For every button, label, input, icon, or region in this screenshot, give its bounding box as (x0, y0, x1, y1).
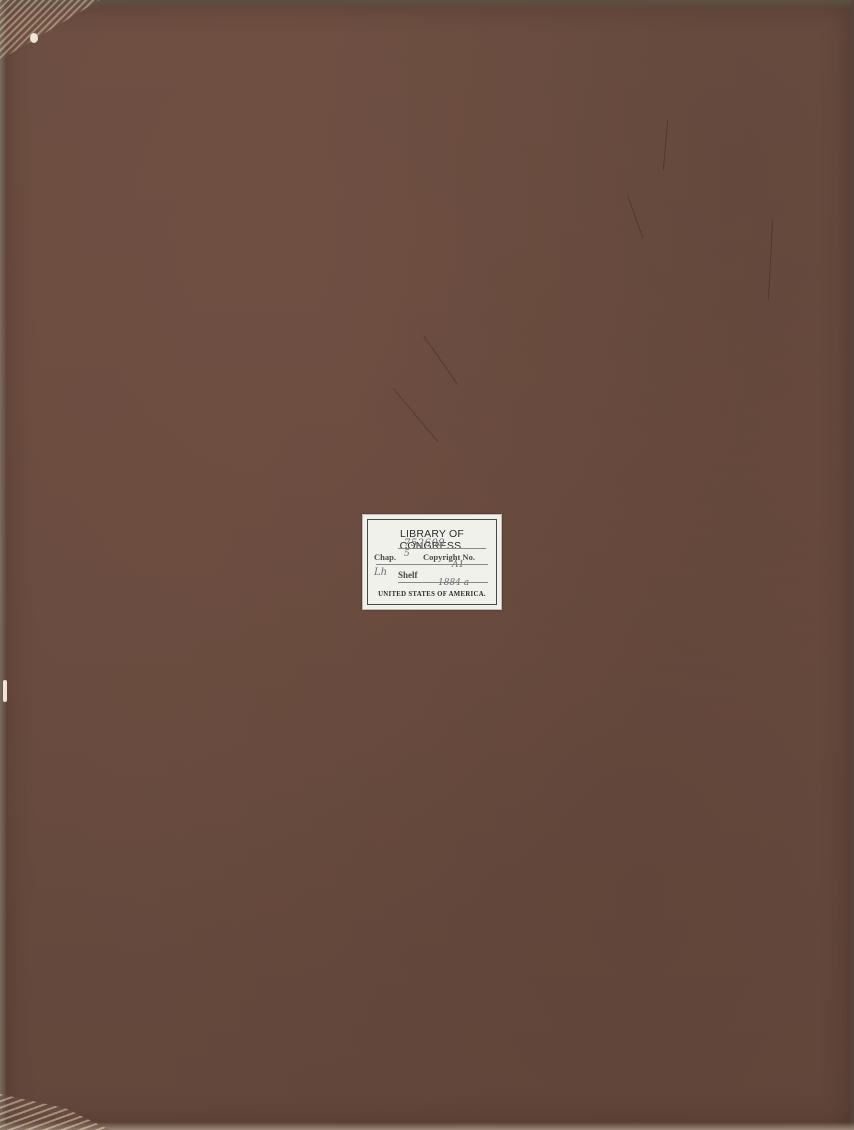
scratch-mark (423, 335, 458, 385)
scratch-mark (393, 388, 439, 442)
cover-top-edge (0, 0, 854, 10)
cover-bottom-edge (0, 1122, 854, 1130)
scratch-mark (663, 120, 668, 170)
scratch-mark (627, 196, 643, 239)
worn-spot (30, 33, 38, 43)
label-copyright-no: Copyright No. (423, 552, 475, 562)
cover-left-edge (0, 0, 6, 1130)
worn-corner-bottom-left (0, 1094, 110, 1130)
worn-corner-top-left (0, 0, 100, 60)
label-border: LIBRARY OF CONGRESS. Chap. Copyright No.… (367, 519, 497, 605)
book-cover: LIBRARY OF CONGRESS. Chap. Copyright No.… (0, 0, 854, 1130)
label-footer: UNITED STATES OF AMERICA. (368, 591, 496, 598)
scratch-mark (768, 220, 773, 300)
edge-chip (3, 680, 7, 702)
handwritten-chap-value: 5 (404, 549, 410, 559)
handwritten-initials: Lh (374, 567, 387, 578)
label-chap: Chap. (374, 552, 396, 562)
handwritten-year: 1884 a (438, 578, 469, 588)
handwritten-copyright-number: 752609 (404, 538, 445, 549)
handwritten-shelf-mark: A1 (452, 560, 464, 570)
library-of-congress-label: LIBRARY OF CONGRESS. Chap. Copyright No.… (362, 514, 502, 610)
cover-right-edge (849, 0, 854, 1130)
label-shelf: Shelf (398, 570, 418, 580)
label-rule (376, 564, 488, 565)
